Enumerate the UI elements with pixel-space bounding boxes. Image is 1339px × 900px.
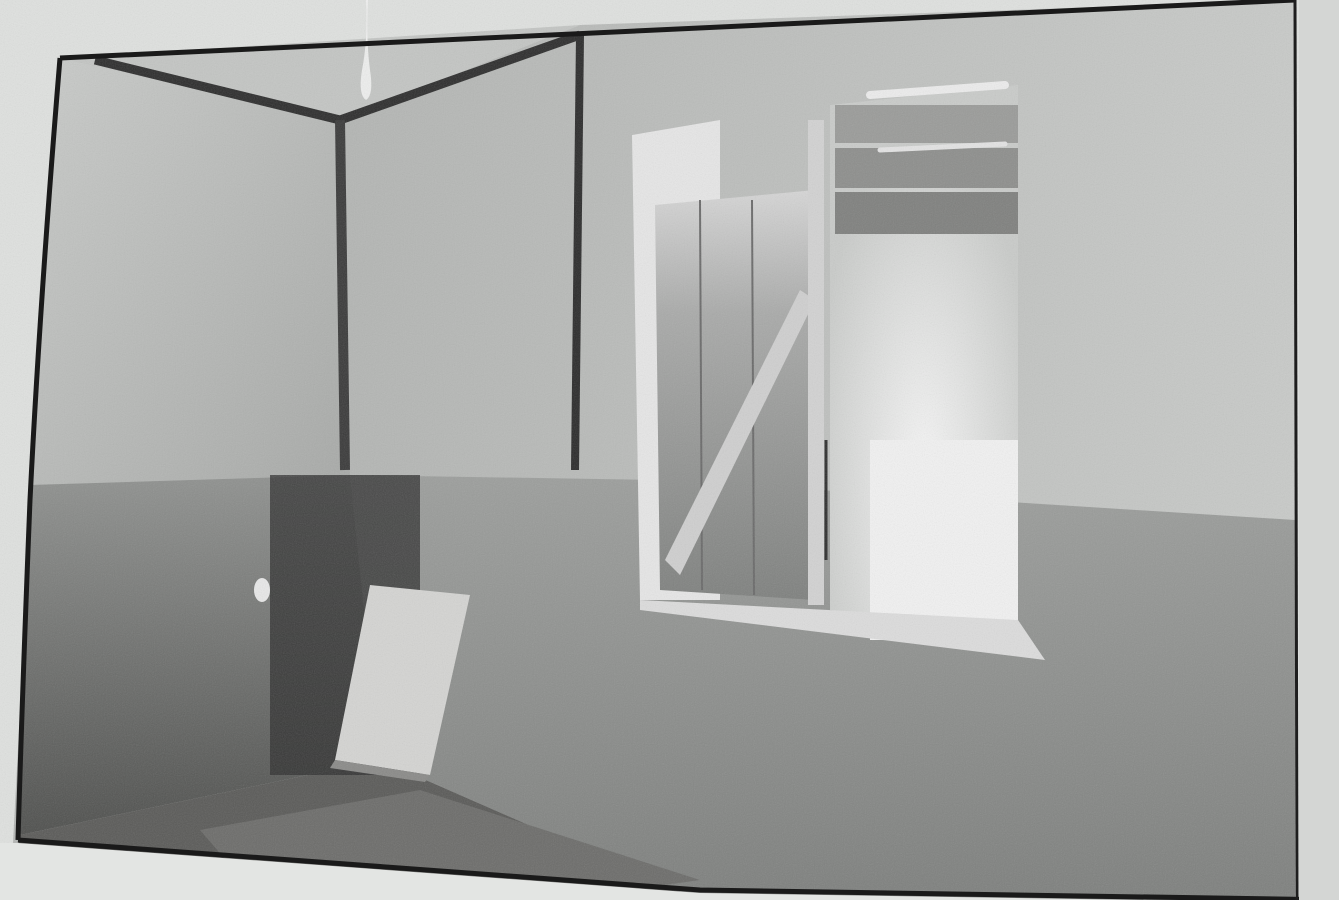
photo-content xyxy=(0,0,1339,900)
print-paper-background xyxy=(0,0,1339,900)
room-photo xyxy=(0,0,1339,900)
photograph xyxy=(0,0,1339,900)
